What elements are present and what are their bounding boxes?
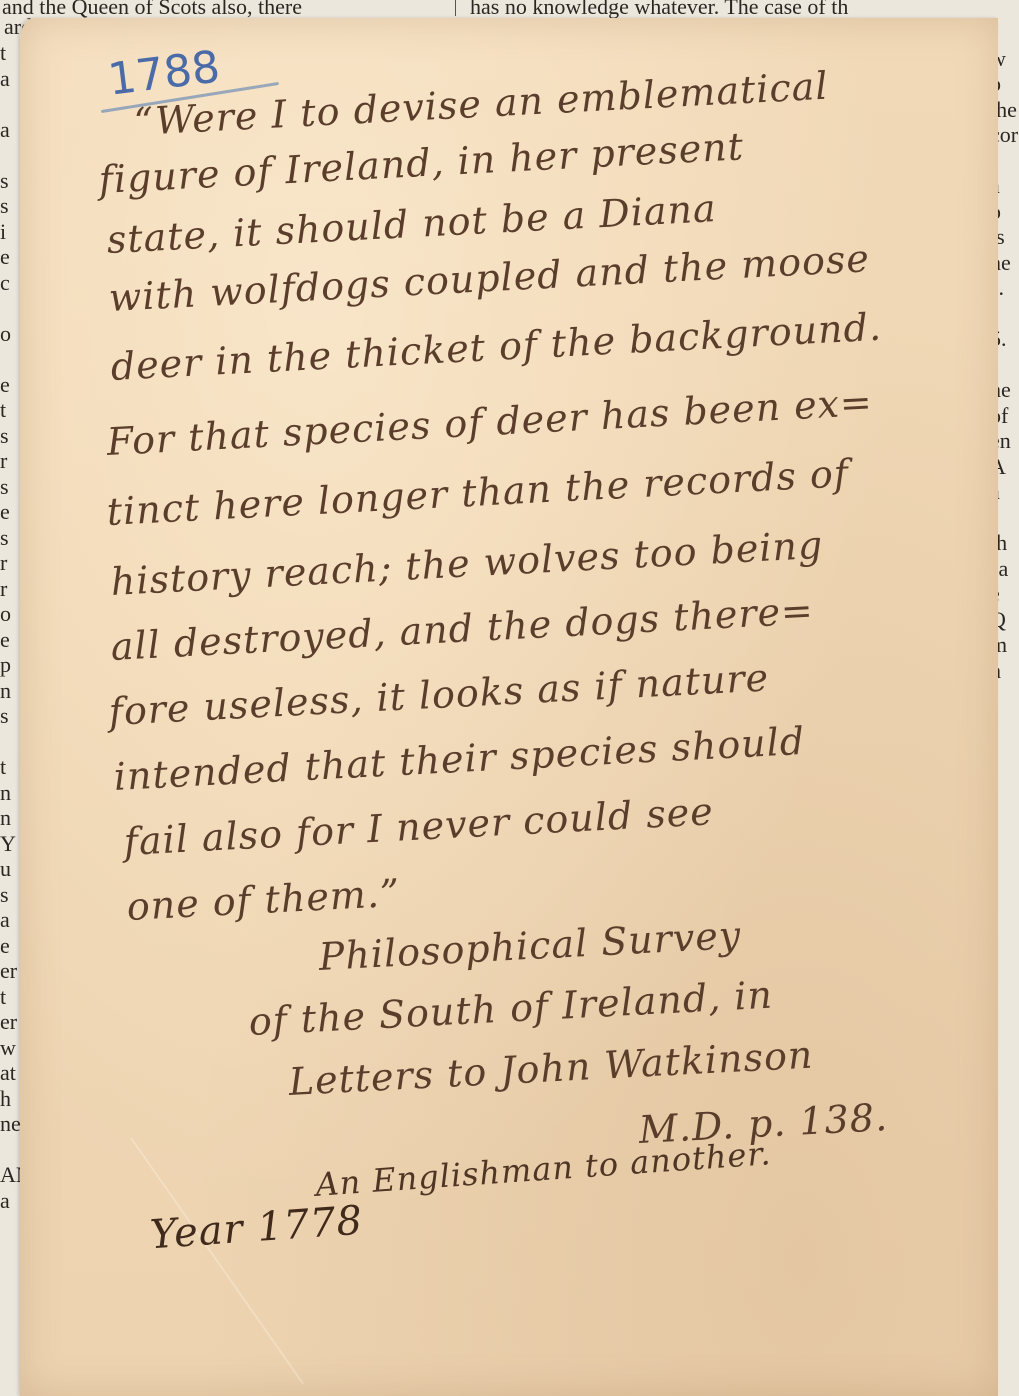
newspaper-fragment: s bbox=[0, 423, 20, 449]
newspaper-fragment: c bbox=[0, 270, 20, 296]
newspaper-fragment: e bbox=[0, 933, 20, 959]
newspaper-fragment: a bbox=[0, 117, 20, 143]
newspaper-fragment: p bbox=[0, 652, 20, 678]
newspaper-fragment bbox=[0, 91, 20, 117]
newspaper-fragment: e bbox=[0, 244, 20, 270]
newspaper-fragment: er bbox=[0, 1009, 20, 1035]
newspaper-fragment: h bbox=[0, 1086, 20, 1112]
newspaper-fragment: r bbox=[0, 550, 20, 576]
newspaper-fragment: n bbox=[0, 780, 20, 806]
newspaper-left-margin: ta a ssiec o etsrsesrroepns tnnYusaeerte… bbox=[0, 40, 20, 1396]
newspaper-fragment: u bbox=[0, 856, 20, 882]
newspaper-fragment: r bbox=[0, 576, 20, 602]
newspaper-fragment: s bbox=[0, 474, 20, 500]
newspaper-text-right: has no knowledge whatever. The case of t… bbox=[470, 0, 848, 20]
newspaper-fragment: a bbox=[0, 907, 20, 933]
newspaper-fragment: t bbox=[0, 754, 20, 780]
newspaper-fragment: AN bbox=[0, 1162, 20, 1188]
newspaper-fragment: er bbox=[0, 958, 20, 984]
newspaper-fragment: at bbox=[0, 1060, 20, 1086]
newspaper-fragment: r bbox=[0, 448, 20, 474]
newspaper-fragment: i bbox=[0, 219, 20, 245]
newspaper-fragment bbox=[0, 346, 20, 372]
newspaper-fragment bbox=[0, 1137, 20, 1163]
newspaper-fragment: n bbox=[0, 678, 20, 704]
newspaper-fragment: a bbox=[0, 66, 20, 92]
newspaper-fragment: e bbox=[0, 499, 20, 525]
newspaper-fragment: t bbox=[0, 984, 20, 1010]
newspaper-fragment: o bbox=[0, 321, 20, 347]
newspaper-fragment: w bbox=[0, 1035, 20, 1061]
newspaper-header-line: and the Queen of Scots also, there has n… bbox=[0, 0, 1019, 20]
newspaper-fragment: t bbox=[0, 397, 20, 423]
newspaper-fragment bbox=[0, 729, 20, 755]
newspaper-fragment: a bbox=[0, 1188, 20, 1214]
newspaper-fragment: ne bbox=[0, 1111, 20, 1137]
newspaper-fragment bbox=[0, 295, 20, 321]
newspaper-fragment: s bbox=[0, 193, 20, 219]
newspaper-fragment: s bbox=[0, 525, 20, 551]
column-divider bbox=[455, 0, 456, 16]
newspaper-fragment: e bbox=[0, 627, 20, 653]
newspaper-fragment: o bbox=[0, 601, 20, 627]
newspaper-fragment: e bbox=[0, 372, 20, 398]
newspaper-fragment: s bbox=[0, 882, 20, 908]
newspaper-fragment: s bbox=[0, 703, 20, 729]
newspaper-fragment: n bbox=[0, 805, 20, 831]
newspaper-fragment: t bbox=[0, 40, 20, 66]
newspaper-fragment bbox=[0, 142, 20, 168]
newspaper-fragment: s bbox=[0, 168, 20, 194]
newspaper-fragment: Y bbox=[0, 831, 20, 857]
